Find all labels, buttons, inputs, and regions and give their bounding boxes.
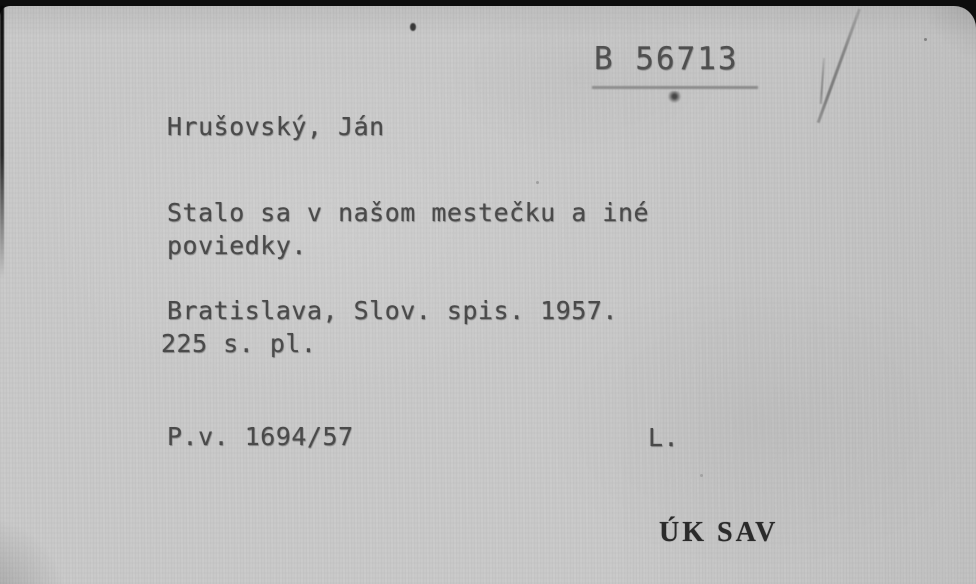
call-number: B 56713	[594, 46, 739, 72]
title-text: Stalo sa v našom mestečku a iné poviedky…	[167, 196, 649, 262]
library-stamp: ÚK SAV	[659, 517, 778, 549]
paper-speck	[700, 474, 703, 477]
author-heading: Hrušovský, Ján	[167, 114, 385, 140]
ink-speck	[410, 23, 416, 31]
card-left-edge-shadow	[0, 6, 4, 278]
scanned-catalog-card: B 56713 Hrušovský, Ján Stalo sa v našom …	[0, 0, 976, 584]
cataloger-initial: L.	[648, 425, 679, 451]
paper-speck	[536, 181, 539, 184]
catalog-card: B 56713 Hrušovský, Ján Stalo sa v našom …	[0, 6, 976, 584]
accession-number: P.v. 1694/57	[167, 424, 354, 450]
collation-line: 225 s. pl.	[161, 331, 317, 357]
pencil-mark-small	[820, 58, 825, 104]
imprint-line: Bratislava, Slov. spis. 1957.	[167, 298, 618, 324]
call-number-underline	[592, 86, 758, 89]
paper-speck	[924, 38, 927, 41]
ink-smudge	[668, 91, 681, 103]
